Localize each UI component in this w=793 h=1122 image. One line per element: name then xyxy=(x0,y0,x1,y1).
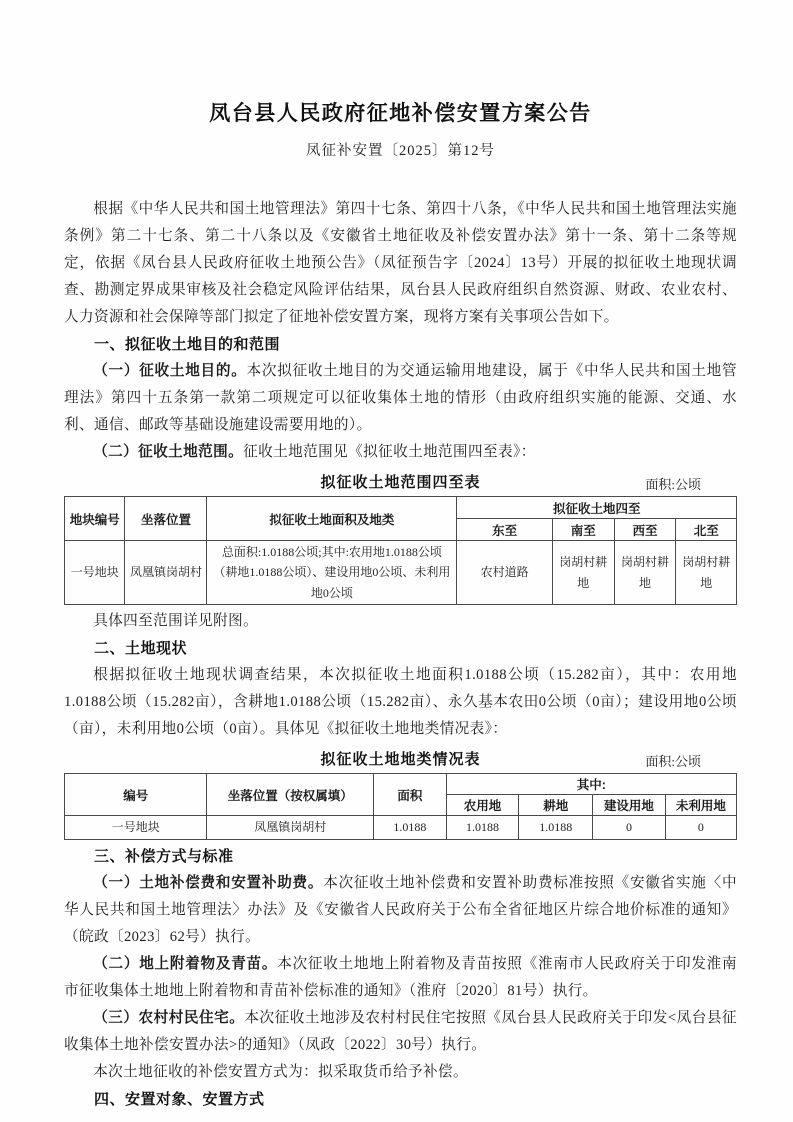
table2-cell-unused: 0 xyxy=(665,816,736,840)
section3-item2-lead: （二）地上附着物及青苗。 xyxy=(93,956,277,972)
table2-header-unused: 未利用地 xyxy=(665,795,736,816)
table1-header-plot-id: 地块编号 xyxy=(65,497,125,541)
table2-cell-id: 一号地块 xyxy=(65,816,207,840)
table1-cell-south: 岗胡村耕地 xyxy=(552,541,614,605)
table1-cell-west: 岗胡村耕地 xyxy=(614,541,676,605)
section1-item2: （二）征收土地范围。征收土地范围见《拟征收土地范围四至表》： xyxy=(64,439,737,466)
document-body: 根据《中华人民共和国土地管理法》第四十七条、第四十八条，《中华人民共和国土地管理… xyxy=(64,196,737,1113)
table2-caption: 拟征收土地地类情况表 面积:公顷 xyxy=(64,750,737,770)
table1-header-west: 西至 xyxy=(614,519,676,541)
table-row: 一号地块 凤凰镇岗胡村 1.0188 1.0188 1.0188 0 0 xyxy=(65,816,737,840)
section3-heading: 三、补偿方式与标准 xyxy=(64,843,737,870)
table2-cell-construction: 0 xyxy=(593,816,666,840)
section1-item1-lead: （一）征收土地目的。 xyxy=(93,363,246,379)
table1-unit-label: 面积:公顷 xyxy=(645,475,701,495)
section1-item2-lead: （二）征收土地范围。 xyxy=(93,444,243,460)
table2-unit-label: 面积:公顷 xyxy=(645,752,701,772)
table1-header-south: 南至 xyxy=(552,519,614,541)
table2-header-breakdown-group: 其中: xyxy=(446,774,736,795)
section3-item3: （三）农村村民住宅。本次征收土地涉及农村村民住宅按照《凤台县人民政府关于印发<凤… xyxy=(64,1005,737,1059)
section3-item1-lead: （一）土地补偿费和安置补助费。 xyxy=(93,875,323,891)
table2-header-construction: 建设用地 xyxy=(593,795,666,816)
table1-cell-east: 农村道路 xyxy=(457,541,552,605)
table2-header-cultivated: 耕地 xyxy=(519,795,593,816)
table1-header-boundaries-group: 拟征收土地四至 xyxy=(457,497,737,519)
page-title: 凤台县人民政府征地补偿安置方案公告 xyxy=(64,0,737,127)
table2-header-id: 编号 xyxy=(65,774,207,816)
table1-header-area-type: 拟征收土地面积及地类 xyxy=(207,497,457,541)
table1-cell-north: 岗胡村耕地 xyxy=(676,541,737,605)
intro-paragraph: 根据《中华人民共和国土地管理法》第四十七条、第四十八条，《中华人民共和国土地管理… xyxy=(64,196,737,331)
section1-heading: 一、拟征收土地目的和范围 xyxy=(64,331,737,358)
section3-item2: （二）地上附着物及青苗。本次征收土地地上附着物及青苗按照《淮南市人民政府关于印发… xyxy=(64,951,737,1005)
table2-cell-location: 凤凰镇岗胡村 xyxy=(207,816,374,840)
document-page: 凤台县人民政府征地补偿安置方案公告 凤征补安置〔2025〕第12号 根据《中华人… xyxy=(0,0,793,1122)
note-after-table1: 具体四至范围详见附图。 xyxy=(64,608,737,635)
table-land-categories: 编号 坐落位置（按权属填） 面积 其中: 农用地 耕地 建设用地 未利用地 一号… xyxy=(64,773,737,840)
table-row: 一号地块 凤凰镇岗胡村 总面积:1.0188公顷;其中:农用地1.0188公顷（… xyxy=(65,541,737,605)
table2-header-location: 坐落位置（按权属填） xyxy=(207,774,374,816)
table1-cell-area-type: 总面积:1.0188公顷;其中:农用地1.0188公顷（耕地1.0188公顷）、… xyxy=(207,541,457,605)
section2-heading: 二、土地现状 xyxy=(64,635,737,662)
table2-cell-cultivated: 1.0188 xyxy=(519,816,593,840)
table2-cell-area: 1.0188 xyxy=(374,816,447,840)
doc-number: 凤征补安置〔2025〕第12号 xyxy=(64,139,737,160)
table1-header-north: 北至 xyxy=(676,519,737,541)
table2-header-agricultural: 农用地 xyxy=(446,795,519,816)
table-land-scope: 地块编号 坐落位置 拟征收土地面积及地类 拟征收土地四至 东至 南至 西至 北至… xyxy=(64,496,737,605)
table1-header-east: 东至 xyxy=(457,519,552,541)
table2-title: 拟征收土地地类情况表 xyxy=(320,751,480,768)
table2-cell-agricultural: 1.0188 xyxy=(446,816,519,840)
table1-header-location: 坐落位置 xyxy=(125,497,207,541)
section3-closing: 本次土地征收的补偿安置方式为：拟采取货币给予补偿。 xyxy=(64,1059,737,1086)
section2-paragraph: 根据拟征收土地现状调查结果，本次拟征收土地面积1.0188公顷（15.282亩）… xyxy=(64,662,737,743)
section3-item3-lead: （三）农村村民住宅。 xyxy=(93,1010,244,1026)
section1-item2-text: 征收土地范围见《拟征收土地范围四至表》： xyxy=(243,444,536,460)
section1-item1: （一）征收土地目的。本次拟征收土地目的为交通运输用地建设，属于《中华人民共和国土… xyxy=(64,358,737,439)
table1-caption: 拟征收土地范围四至表 面积:公顷 xyxy=(64,473,737,493)
table1-title: 拟征收土地范围四至表 xyxy=(320,474,480,491)
table1-cell-plot-id: 一号地块 xyxy=(65,541,125,605)
table1-cell-location: 凤凰镇岗胡村 xyxy=(125,541,207,605)
document-content: 凤台县人民政府征地补偿安置方案公告 凤征补安置〔2025〕第12号 根据《中华人… xyxy=(64,0,737,1113)
section3-item1: （一）土地补偿费和安置补助费。本次征收土地补偿费和安置补助费标准按照《安徽省实施… xyxy=(64,870,737,951)
table2-header-area: 面积 xyxy=(374,774,447,816)
section4-heading: 四、安置对象、安置方式 xyxy=(64,1086,737,1113)
